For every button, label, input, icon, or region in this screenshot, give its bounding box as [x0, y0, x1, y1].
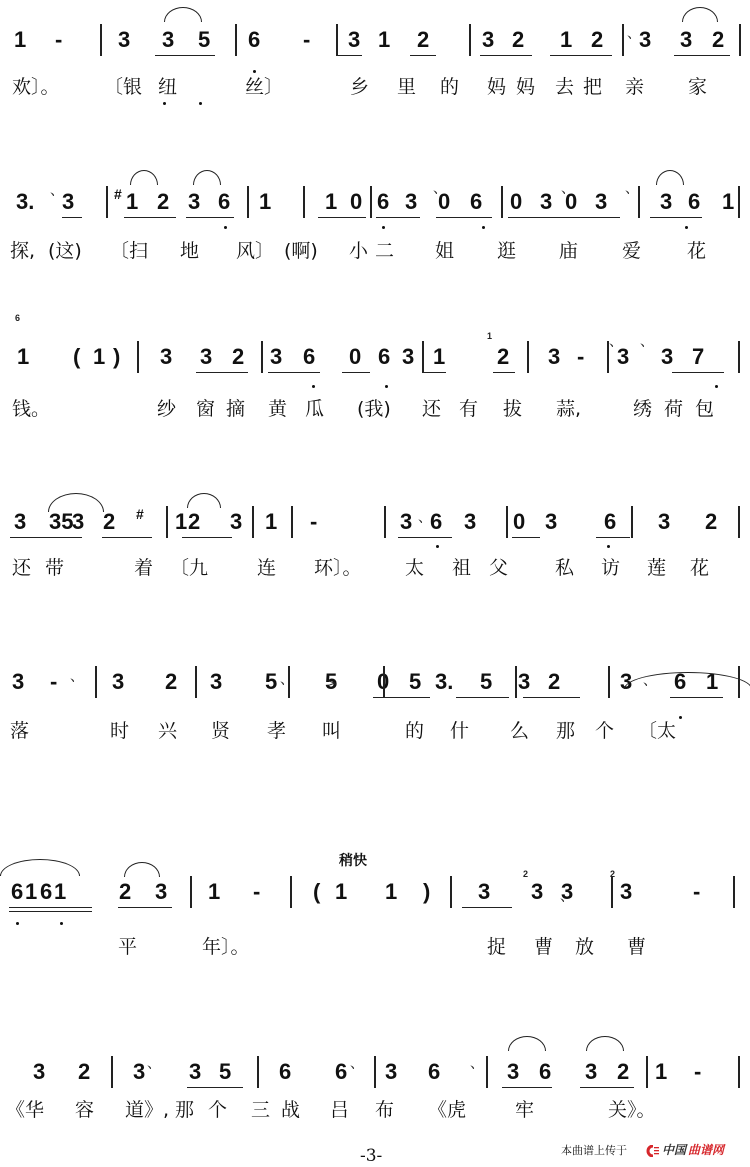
lyric-syllable: 牢 [515, 1099, 534, 1121]
note: 3 [661, 345, 673, 369]
note: ( [73, 345, 80, 369]
lyric-syllable: 贤 [211, 720, 230, 742]
beam-underline [338, 55, 362, 56]
note: 2 [591, 28, 603, 52]
note: 6 [378, 345, 390, 369]
barline [608, 666, 610, 698]
note: - [303, 28, 310, 52]
note: 2 [78, 1060, 90, 1084]
note: 3 [385, 1060, 397, 1084]
lyric-syllable: 拔 [503, 398, 522, 420]
slur-arc [586, 1036, 624, 1051]
note: 3. [16, 190, 34, 214]
note: 3 [210, 670, 222, 694]
beam-underline [508, 217, 560, 218]
note: 3 [348, 28, 360, 52]
note: 3 [585, 1060, 597, 1084]
note: 3 [162, 28, 174, 52]
note: 6 [303, 345, 315, 369]
note: 3 [160, 345, 172, 369]
beam-underline [118, 907, 172, 908]
lyric-syllable: 小 [349, 240, 368, 262]
lyric-syllable: 还 [12, 557, 31, 579]
lyric-syllable: 访 [601, 557, 620, 579]
lyric-syllable: 带 [45, 557, 64, 579]
note: 6 [539, 1060, 551, 1084]
lyric-syllable: 放 [575, 936, 594, 958]
slur-arc [193, 170, 221, 185]
note: - [310, 510, 317, 534]
octave-dot-below [382, 226, 385, 229]
barline [422, 341, 424, 373]
lyric-syllable: 把 [583, 76, 602, 98]
breath-mark-icon: 、 [560, 890, 574, 904]
barline [738, 186, 740, 218]
note: 2 [188, 510, 200, 534]
lyric-syllable: 私 [555, 557, 574, 579]
barline [336, 24, 338, 56]
beam-underline [462, 907, 512, 908]
note: 3 [548, 345, 560, 369]
lyric-syllable: 钱。 [12, 398, 50, 420]
barline [527, 341, 529, 373]
lyric-syllable: 莲 [647, 557, 666, 579]
lyric-syllable: 《虎 [428, 1099, 466, 1121]
brand-name-part1: 中国 [662, 1141, 686, 1158]
note: 1 [325, 190, 337, 214]
barline [450, 876, 452, 908]
beam-underline [580, 1087, 634, 1088]
note: 3 [405, 190, 417, 214]
lyric-syllable: 绣 [633, 398, 652, 420]
note: 1 [93, 345, 105, 369]
breath-mark-icon: 、 [625, 182, 639, 196]
barline [95, 666, 97, 698]
note: - [50, 670, 57, 694]
lyric-syllable: 容 [75, 1099, 94, 1121]
lyric-syllable: 纽 [158, 76, 177, 98]
note: 2 [417, 28, 429, 52]
breath-mark-icon: 、 [609, 335, 623, 349]
note: 3 [464, 510, 476, 534]
note: 0 [513, 510, 525, 534]
note: 1 [335, 880, 347, 904]
note: 2 [497, 345, 509, 369]
sharp-accidental: # [136, 502, 144, 526]
lyric-syllable: 庙 [559, 240, 578, 262]
grace-note: 1 [487, 332, 492, 341]
note: 2 [712, 28, 724, 52]
lyric-syllable: 平 [118, 936, 137, 958]
lyric-syllable: 黄 [268, 398, 287, 420]
lyric-syllable: 吕 [330, 1099, 349, 1121]
note: - [577, 345, 584, 369]
beam-underline [124, 217, 176, 218]
breath-mark-icon: 、 [561, 182, 575, 196]
lyric-syllable: 窗 [196, 398, 215, 420]
lyric-syllable: 还 [422, 398, 441, 420]
note: 3 [531, 880, 543, 904]
lyric-syllable: 关》。 [608, 1099, 656, 1121]
breath-mark-icon: 、 [470, 1057, 484, 1071]
note: 3 [188, 190, 200, 214]
octave-dot-below [607, 545, 610, 548]
lyric-syllable: 欢〕。 [12, 76, 60, 98]
lyric-syllable: 个 [595, 720, 614, 742]
beam-underline [318, 217, 366, 218]
lyric-syllable: 着 [134, 557, 153, 579]
note: 3 [33, 1060, 45, 1084]
barline [190, 876, 192, 908]
barline [291, 506, 293, 538]
barline [303, 186, 305, 218]
note: 6 [11, 880, 23, 904]
note: 3 [118, 28, 130, 52]
breath-mark-icon: 、 [70, 670, 84, 684]
note: 3 [112, 670, 124, 694]
beam-underline [596, 537, 630, 538]
note: 3 [14, 510, 26, 534]
note: 3. [435, 670, 453, 694]
lyric-syllable: 〔九 [170, 557, 208, 579]
barline [738, 506, 740, 538]
note: 1 [17, 345, 29, 369]
lyric-syllable: 环〕。 [314, 557, 362, 579]
note: 3 [72, 510, 84, 534]
octave-dot-below [385, 385, 388, 388]
breath-mark-icon: 、 [640, 335, 654, 349]
note: 1 [378, 28, 390, 52]
lyric-syllable: 曹 [534, 936, 553, 958]
beam-underline [670, 697, 723, 698]
octave-dot-below [482, 226, 485, 229]
octave-dot-below [715, 385, 718, 388]
lyric-syllable: 爱 [622, 240, 641, 262]
grace-note: 2 [523, 870, 528, 879]
lyric-syllable: 〔扫 [110, 240, 148, 262]
octave-dot-below [163, 102, 166, 105]
barline [384, 506, 386, 538]
beam-underline [480, 55, 532, 56]
lyric-syllable: 花 [690, 557, 709, 579]
accent-mark-icon: > [326, 676, 336, 690]
octave-dot-below [60, 922, 63, 925]
slur-arc [48, 493, 104, 512]
grace-note: 6 [15, 314, 20, 323]
note: 0 [350, 190, 362, 214]
lyric-syllable: 太 [405, 557, 424, 579]
barline [106, 186, 108, 218]
breath-mark-icon: 、 [418, 511, 432, 525]
octave-dot-below [679, 716, 682, 719]
barline [486, 1056, 488, 1088]
beam-underline [512, 537, 540, 538]
slur-arc [130, 170, 158, 185]
note: 3 [270, 345, 282, 369]
lyric-syllable: 三 [251, 1099, 270, 1121]
slur-arc [682, 7, 718, 22]
lyric-syllable: (啊) [284, 240, 318, 262]
barline [622, 24, 624, 56]
note: 1 [722, 190, 734, 214]
note: 3 [660, 190, 672, 214]
note: 2 [548, 670, 560, 694]
note: 1 [265, 510, 277, 534]
beam-underline [422, 372, 446, 373]
barline [646, 1056, 648, 1088]
note: 3 [189, 1060, 201, 1084]
note: 6 [40, 880, 52, 904]
lyric-syllable: 道》, [125, 1099, 169, 1121]
note: 3 [478, 880, 490, 904]
note: 1 [54, 880, 66, 904]
slur-arc [164, 7, 202, 22]
lyric-syllable: 里 [397, 76, 416, 98]
note: 6 [335, 1060, 347, 1084]
lyric-syllable: 妈 [516, 76, 535, 98]
barline [100, 24, 102, 56]
note: 5 [409, 670, 421, 694]
lyric-syllable: 丝〕 [245, 76, 283, 98]
breath-mark-icon: 、 [350, 1057, 364, 1071]
lyric-syllable: (这) [48, 240, 82, 262]
lyric-syllable: 〔银 [104, 76, 142, 98]
note: 2 [119, 880, 131, 904]
beam-underline [9, 907, 92, 908]
note: 1 [259, 190, 271, 214]
barline [374, 1056, 376, 1088]
slur-arc [187, 493, 221, 508]
beam-underline [550, 55, 612, 56]
note: 5 [265, 670, 277, 694]
note: 3 [482, 28, 494, 52]
barline [111, 1056, 113, 1088]
note: 7 [692, 345, 704, 369]
beam-underline [376, 217, 420, 218]
lyric-syllable: 摘 [226, 398, 245, 420]
note: 3 [400, 510, 412, 534]
breath-mark-icon: 、 [643, 674, 657, 688]
note: 3 [518, 670, 530, 694]
note: 3 [133, 1060, 145, 1084]
barline [166, 506, 168, 538]
beam-underline [182, 537, 232, 538]
note: 2 [103, 510, 115, 534]
breath-mark-icon: 、 [50, 184, 64, 198]
note: 3 [402, 345, 414, 369]
barline [137, 341, 139, 373]
lyric-syllable: 捉 [487, 936, 506, 958]
barline [738, 341, 740, 373]
beam-underline [38, 537, 82, 538]
upload-credit: 本曲谱上传于 [561, 1142, 627, 1158]
note: - [693, 880, 700, 904]
slur-arc [508, 1036, 546, 1051]
lyric-syllable: 《华 [6, 1099, 44, 1121]
lyric-syllable: 祖 [452, 557, 471, 579]
note: 1 [560, 28, 572, 52]
slur-arc [0, 859, 80, 876]
note: 3 [680, 28, 692, 52]
note: 6 [218, 190, 230, 214]
lyric-syllable: 那 [175, 1099, 194, 1121]
beam-underline [187, 1087, 243, 1088]
beam-underline [502, 1087, 552, 1088]
note: 3 [200, 345, 212, 369]
note: ) [423, 880, 430, 904]
beam-underline [196, 372, 248, 373]
barline [631, 506, 633, 538]
lyric-syllable: 父 [489, 557, 508, 579]
beam-underline [493, 372, 515, 373]
lyric-syllable: 去 [555, 76, 574, 98]
barline [195, 666, 197, 698]
barline [383, 666, 385, 698]
barline [501, 186, 503, 218]
lyric-syllable: 曹 [627, 936, 646, 958]
note: 3 [155, 880, 167, 904]
lyric-syllable: 兴 [158, 720, 177, 742]
beam-underline [62, 217, 82, 218]
note: 3 [230, 510, 242, 534]
lyric-syllable: 地 [180, 240, 199, 262]
breath-mark-icon: 、 [280, 673, 294, 687]
octave-dot-below [312, 385, 315, 388]
note: 2 [512, 28, 524, 52]
note: 6 [279, 1060, 291, 1084]
lyric-syllable: 时 [110, 720, 129, 742]
lyric-syllable: 探, [10, 240, 35, 262]
lyric-syllable: 瓜 [305, 398, 324, 420]
breath-mark-icon: 、 [433, 182, 447, 196]
lyric-syllable: 家 [688, 76, 707, 98]
lyric-syllable: 连 [257, 557, 276, 579]
barline [739, 24, 741, 56]
lyric-syllable: 蒜, [556, 398, 581, 420]
lyric-syllable: (我) [357, 398, 391, 420]
lyric-syllable: 那 [556, 720, 575, 742]
barline [370, 186, 372, 218]
note: 1 [175, 510, 187, 534]
beam-underline [672, 372, 724, 373]
lyric-syllable: 布 [375, 1099, 394, 1121]
beam-underline [456, 697, 509, 698]
note: 6 [428, 1060, 440, 1084]
beam-underline [650, 217, 702, 218]
beam-underline [102, 537, 152, 538]
barline [733, 876, 735, 908]
note: 2 [165, 670, 177, 694]
note: ( [313, 880, 320, 904]
beam-underline [560, 217, 620, 218]
brand-name-part2: 曲谱网 [688, 1141, 724, 1158]
barline [611, 876, 613, 908]
note: 3 [658, 510, 670, 534]
note: - [253, 880, 260, 904]
note: 2 [232, 345, 244, 369]
slur-arc [124, 862, 160, 877]
beam-underline [155, 55, 215, 56]
note: 2 [705, 510, 717, 534]
note: 2 [157, 190, 169, 214]
lyric-syllable: 有 [459, 398, 478, 420]
slur-arc [656, 170, 684, 185]
note: 6 [248, 28, 260, 52]
breath-mark-icon: 、 [627, 27, 641, 41]
lyric-syllable: 乡 [350, 76, 369, 98]
lyric-syllable: 孝 [267, 720, 286, 742]
beam-underline [410, 55, 436, 56]
note: 35 [49, 510, 73, 534]
lyric-syllable: 荷 [664, 398, 683, 420]
note: 3 [507, 1060, 519, 1084]
note: 6 [377, 190, 389, 214]
octave-dot-below [436, 545, 439, 548]
lyric-syllable: 么 [510, 720, 529, 742]
beam-underline [342, 372, 370, 373]
note: 1 [433, 345, 445, 369]
breath-mark-icon: 、 [147, 1057, 161, 1071]
lyric-syllable: 二 [375, 240, 394, 262]
lyric-syllable: 妈 [487, 76, 506, 98]
note: 6 [604, 510, 616, 534]
note: 1 [385, 880, 397, 904]
beam-underline [523, 697, 580, 698]
note: 1 [655, 1060, 667, 1084]
lyric-syllable: 逛 [497, 240, 516, 262]
note: 3 [595, 190, 607, 214]
lyric-syllable: 花 [687, 240, 706, 262]
note: 2 [617, 1060, 629, 1084]
note: 3 [12, 670, 24, 694]
lyric-syllable: 的 [405, 720, 424, 742]
barline [252, 506, 254, 538]
note: 1 [25, 880, 37, 904]
octave-dot-below [199, 102, 202, 105]
beam-underline [398, 537, 452, 538]
beam-underline [268, 372, 320, 373]
lyric-syllable: 包 [695, 398, 714, 420]
octave-dot-below [253, 70, 256, 73]
lyric-syllable: 纱 [157, 398, 176, 420]
beam-underline [186, 217, 234, 218]
note: 3 [540, 190, 552, 214]
beam-underline [373, 697, 430, 698]
barline [235, 24, 237, 56]
lyric-syllable: 叫 [322, 720, 341, 742]
barline [290, 876, 292, 908]
page-number: -3- [360, 1146, 382, 1166]
beam-underline [674, 55, 730, 56]
note: - [55, 28, 62, 52]
note: 5 [480, 670, 492, 694]
octave-dot-below [685, 226, 688, 229]
barline [469, 24, 471, 56]
barline [738, 1056, 740, 1088]
lyric-syllable: 战 [281, 1099, 300, 1121]
note: 3 [545, 510, 557, 534]
barline [257, 1056, 259, 1088]
note: 6 [470, 190, 482, 214]
note: 1 [126, 190, 138, 214]
note: 5 [219, 1060, 231, 1084]
lyric-syllable: 个 [208, 1099, 227, 1121]
lyric-syllable: 亲 [625, 76, 644, 98]
note: 6 [688, 190, 700, 214]
beam-underline-double [9, 911, 92, 912]
note: 3 [620, 880, 632, 904]
note: ) [113, 345, 120, 369]
